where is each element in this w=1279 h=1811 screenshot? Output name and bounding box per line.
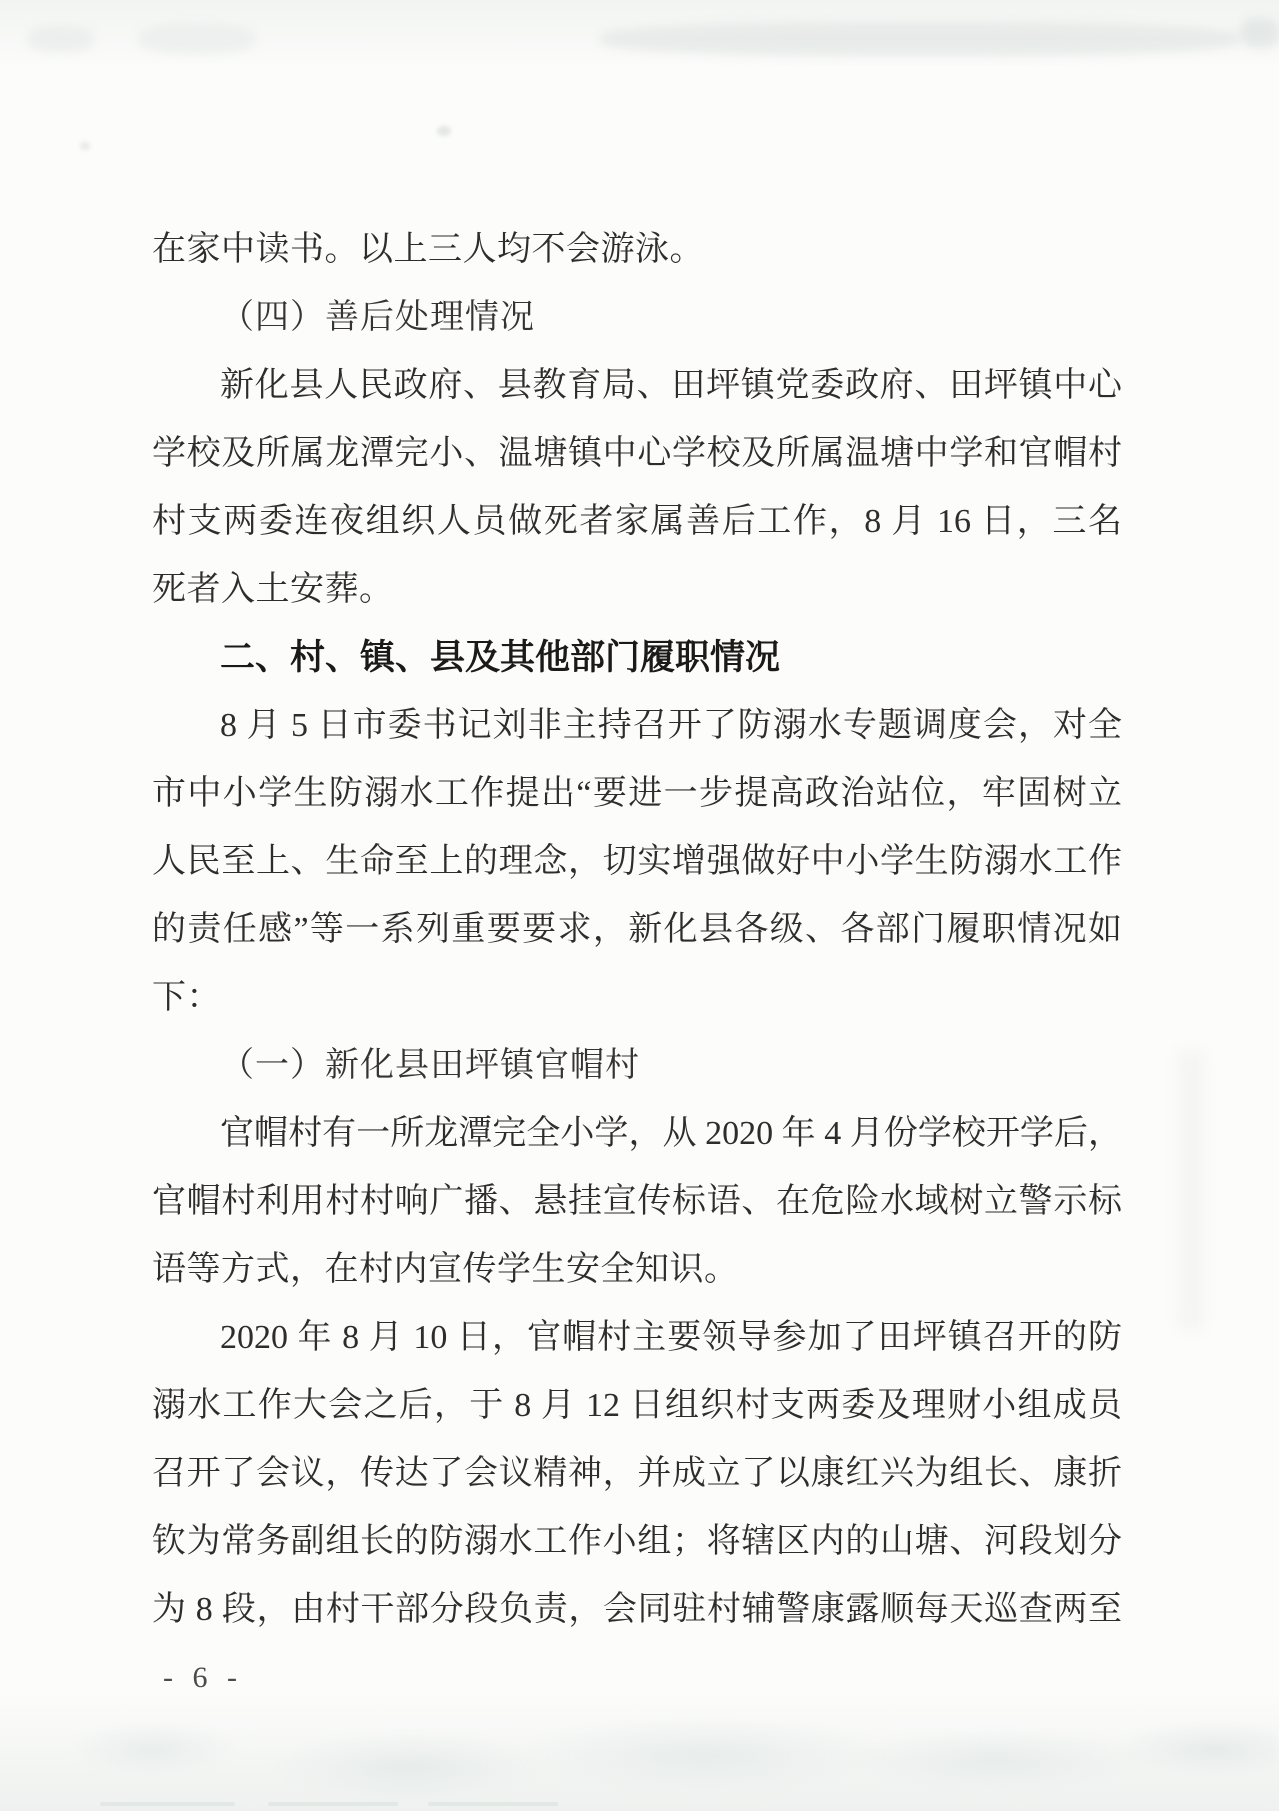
scan-artifact bbox=[28, 26, 94, 52]
sub-heading: （一）新化县田坪镇官帽村 bbox=[152, 1032, 1122, 1100]
scan-artifact bbox=[428, 1802, 558, 1806]
section-heading: 二、村、镇、县及其他部门履职情况 bbox=[152, 624, 1122, 692]
scan-artifact bbox=[100, 1802, 235, 1806]
body-line: 召开了会议，传达了会议精神，并成立了以康红兴为组长、康折 bbox=[152, 1440, 1122, 1508]
body-line: 在家中读书。以上三人均不会游泳。 bbox=[152, 216, 1122, 284]
body-line: 官帽村利用村村响广播、悬挂宣传标语、在危险水域树立警示标 bbox=[152, 1168, 1122, 1236]
scan-artifact bbox=[1178, 1050, 1204, 1330]
body-line: 溺水工作大会之后，于 8 月 12 日组织村支两委及理财小组成员 bbox=[152, 1372, 1122, 1440]
scan-artifact bbox=[0, 1698, 1279, 1811]
text-body: 在家中读书。以上三人均不会游泳。（四）善后处理情况新化县人民政府、县教育局、田坪… bbox=[152, 216, 1122, 1644]
body-line: 2020 年 8 月 10 日，官帽村主要领导参加了田坪镇召开的防 bbox=[152, 1304, 1122, 1372]
scan-artifact bbox=[268, 1802, 398, 1806]
body-line: 钦为常务副组长的防溺水工作小组；将辖区内的山塘、河段划分 bbox=[152, 1508, 1122, 1576]
scan-artifact bbox=[80, 142, 90, 150]
scan-artifact bbox=[437, 126, 451, 136]
body-line: 为 8 段，由村干部分段负责，会同驻村辅警康露顺每天巡查两至 bbox=[152, 1576, 1122, 1644]
body-line: 语等方式，在村内宣传学生安全知识。 bbox=[152, 1236, 1122, 1304]
sub-heading: （四）善后处理情况 bbox=[152, 284, 1122, 352]
body-line: 村支两委连夜组织人员做死者家属善后工作，8 月 16 日，三名 bbox=[152, 488, 1122, 556]
body-line: 8 月 5 日市委书记刘非主持召开了防溺水专题调度会，对全 bbox=[152, 692, 1122, 760]
body-line: 新化县人民政府、县教育局、田坪镇党委政府、田坪镇中心 bbox=[152, 352, 1122, 420]
body-line: 死者入土安葬。 bbox=[152, 556, 1122, 624]
body-line: 下： bbox=[152, 964, 1122, 1032]
body-line: 人民至上、生命至上的理念，切实增强做好中小学生防溺水工作 bbox=[152, 828, 1122, 896]
body-line: 的责任感”等一系列重要要求，新化县各级、各部门履职情况如 bbox=[152, 896, 1122, 964]
document-page: 在家中读书。以上三人均不会游泳。（四）善后处理情况新化县人民政府、县教育局、田坪… bbox=[0, 0, 1279, 1811]
body-line: 官帽村有一所龙潭完全小学，从 2020 年 4 月份学校开学后， bbox=[152, 1100, 1122, 1168]
scan-artifact bbox=[138, 24, 256, 54]
scan-artifact bbox=[600, 22, 1240, 56]
body-line: 学校及所属龙潭完小、温塘镇中心学校及所属温塘中学和官帽村 bbox=[152, 420, 1122, 488]
page-number: - 6 - bbox=[163, 1655, 243, 1701]
scan-artifact bbox=[1240, 18, 1279, 48]
body-line: 市中小学生防溺水工作提出“要进一步提高政治站位，牢固树立 bbox=[152, 760, 1122, 828]
